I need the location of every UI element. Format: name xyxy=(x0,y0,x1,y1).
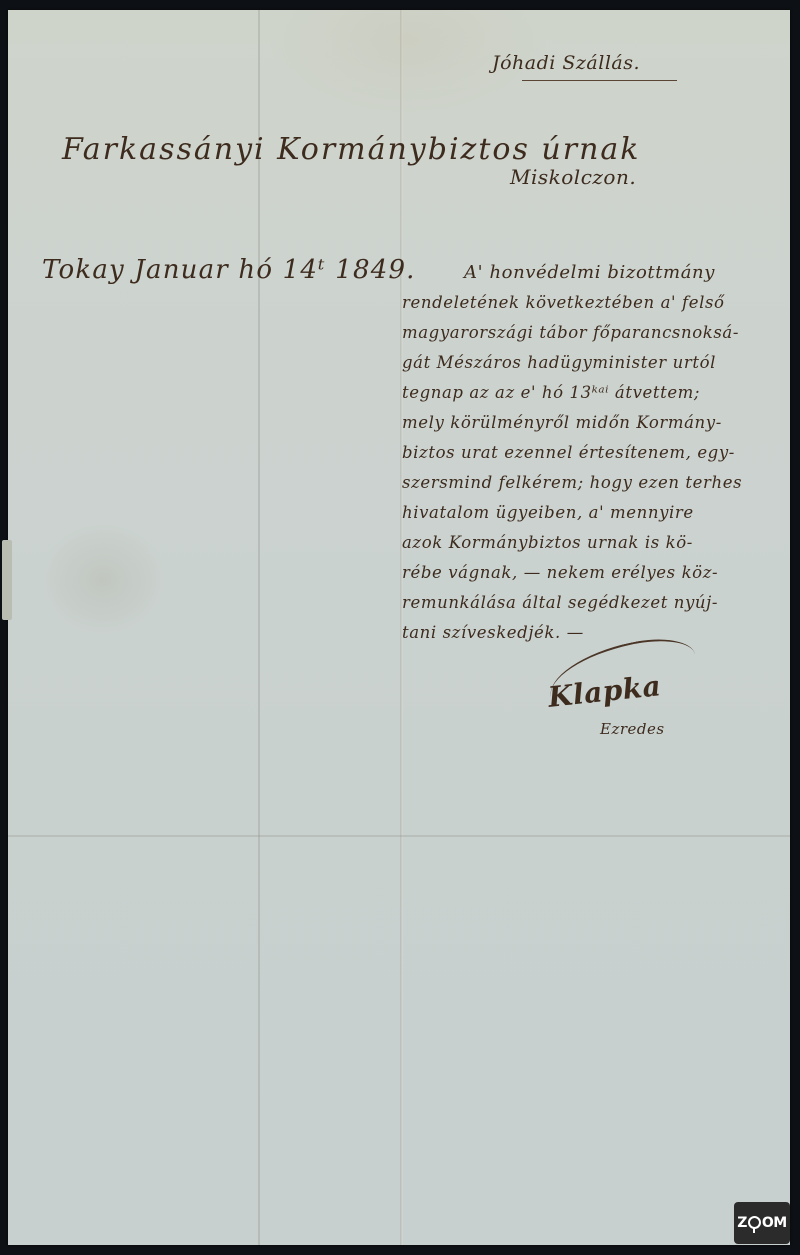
body-line: hivatalom ügyeiben, a' mennyire xyxy=(402,498,782,528)
body-line: biztos urat ezennel értesítenem, egy- xyxy=(402,438,782,468)
body-line: szersmind felkérem; hogy ezen terhes xyxy=(402,468,782,498)
addressee: Farkassányi Kormánybiztos úrnak xyxy=(62,132,640,167)
body-line: tani szíveskedjék. — xyxy=(402,618,782,648)
signature-title: Ezredes xyxy=(600,720,665,738)
body-line: mely körülményről midőn Kormány- xyxy=(402,408,782,438)
letter-body: A' honvédelmi bizottmány rendeletének kö… xyxy=(402,258,782,648)
paper-tab-left-edge xyxy=(2,540,12,620)
body-line: tegnap az az e' hó 13ᵏᵃⁱ átvettem; xyxy=(402,378,782,408)
body-line: gát Mészáros hadügyminister urtól xyxy=(402,348,782,378)
body-line: azok Kormánybiztos urnak is kö- xyxy=(402,528,782,558)
body-line: rendeletének következtében a' felső xyxy=(402,288,782,318)
magnifier-icon xyxy=(748,1216,761,1229)
fold-line-horizontal xyxy=(8,835,790,837)
body-line: rébe vágnak, — nekem erélyes köz- xyxy=(402,558,782,588)
zoom-logo-text-rest: OM xyxy=(762,1215,787,1231)
zoom-watermark-badge: ZOM xyxy=(734,1202,790,1244)
zoom-logo-text: Z xyxy=(737,1215,747,1231)
fold-line-vertical-left xyxy=(258,10,260,1245)
body-line: remunkálása által segédkezet nyúj- xyxy=(402,588,782,618)
body-line: magyarországi tábor főparancsnoksá- xyxy=(402,318,782,348)
header-note: Jóhadi Szállás. xyxy=(492,52,640,74)
dateline: Tokay Januar hó 14ᵗ 1849. xyxy=(42,255,416,285)
body-line: A' honvédelmi bizottmány xyxy=(402,258,782,288)
header-note-underline xyxy=(522,80,677,81)
addressee-location: Miskolczon. xyxy=(510,165,636,189)
